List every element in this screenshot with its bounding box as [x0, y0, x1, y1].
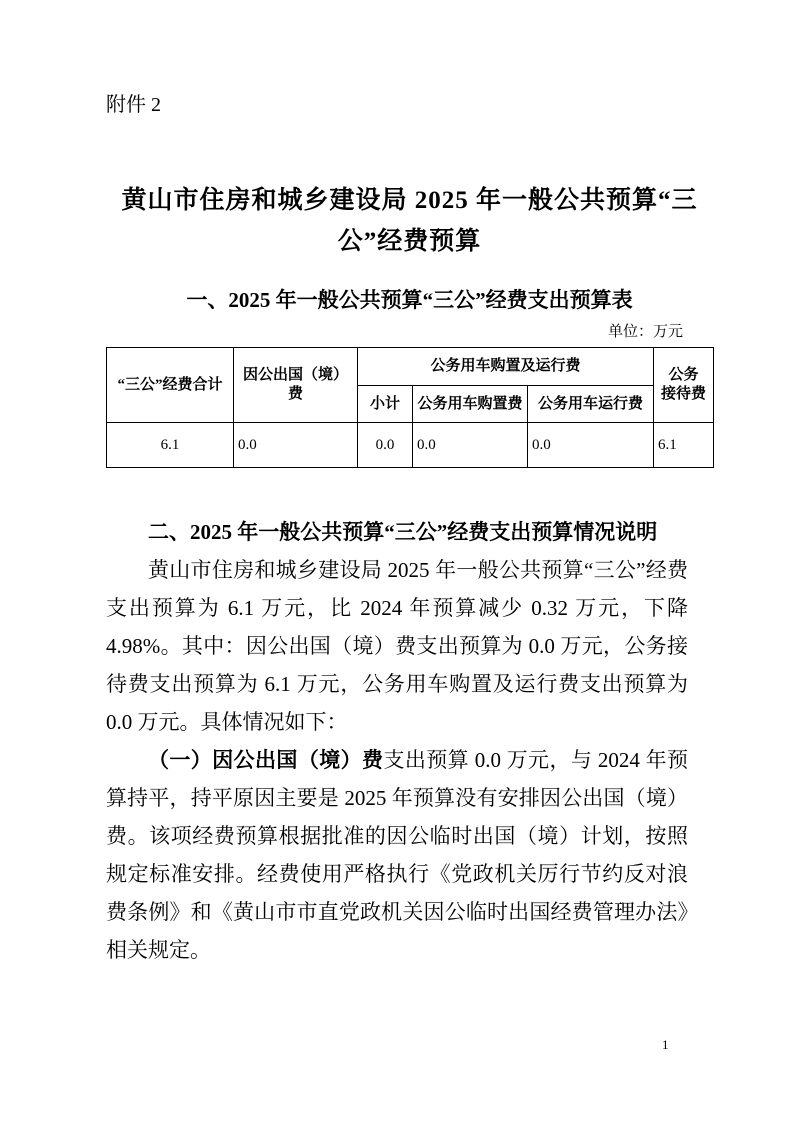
section-2-heading: 二、2025 年一般公共预算“三公”经费支出预算情况说明	[106, 513, 688, 551]
document-title: 黄山市住房和城乡建设局 2025 年一般公共预算“三公”经费预算	[106, 180, 713, 262]
value-total: 6.1	[107, 423, 234, 468]
section-1-heading: 一、2025 年一般公共预算“三公”经费支出预算表	[106, 287, 713, 313]
value-vehicle-operation: 0.0	[528, 423, 654, 468]
value-vehicle-purchase: 0.0	[413, 423, 528, 468]
paragraph-2: （一）因公出国（境）费支出预算 0.0 万元，与 2024 年预算持平，持平原因…	[106, 741, 688, 969]
document-page: 附件 2 黄山市住房和城乡建设局 2025 年一般公共预算“三公”经费预算 一、…	[0, 0, 793, 1122]
paragraph-1: 黄山市住房和城乡建设局 2025 年一般公共预算“三公”经费支出预算为 6.1 …	[106, 551, 688, 741]
table-header-row-1: “三公”经费合计 因公出国（境）费 公务用车购置及运行费 公务 接待费	[107, 348, 714, 386]
paragraph-2-lead: （一）因公出国（境）费	[148, 748, 383, 772]
header-total: “三公”经费合计	[107, 348, 234, 423]
header-vehicle-group: 公务用车购置及运行费	[358, 348, 654, 386]
header-vehicle-purchase: 公务用车购置费	[413, 386, 528, 423]
page-number: 1	[662, 1037, 669, 1053]
paragraph-1-text: 黄山市住房和城乡建设局 2025 年一般公共预算“三公”经费支出预算为 6.1 …	[106, 558, 688, 734]
header-vehicle-subtotal: 小计	[358, 386, 413, 423]
header-abroad: 因公出国（境）费	[234, 348, 358, 423]
unit-label: 单位：万元	[106, 322, 713, 342]
header-vehicle-operation: 公务用车运行费	[528, 386, 654, 423]
attachment-label: 附件 2	[106, 92, 713, 118]
paragraph-2-text: 支出预算 0.0 万元，与 2024 年预算持平，持平原因主要是 2025 年预…	[106, 748, 688, 962]
header-reception: 公务 接待费	[654, 348, 714, 423]
table-data-row: 6.1 0.0 0.0 0.0 0.0 6.1	[107, 423, 714, 468]
value-vehicle-subtotal: 0.0	[358, 423, 413, 468]
value-reception: 6.1	[654, 423, 714, 468]
value-abroad: 0.0	[234, 423, 358, 468]
budget-table: “三公”经费合计 因公出国（境）费 公务用车购置及运行费 公务 接待费 小计 公…	[106, 347, 714, 468]
